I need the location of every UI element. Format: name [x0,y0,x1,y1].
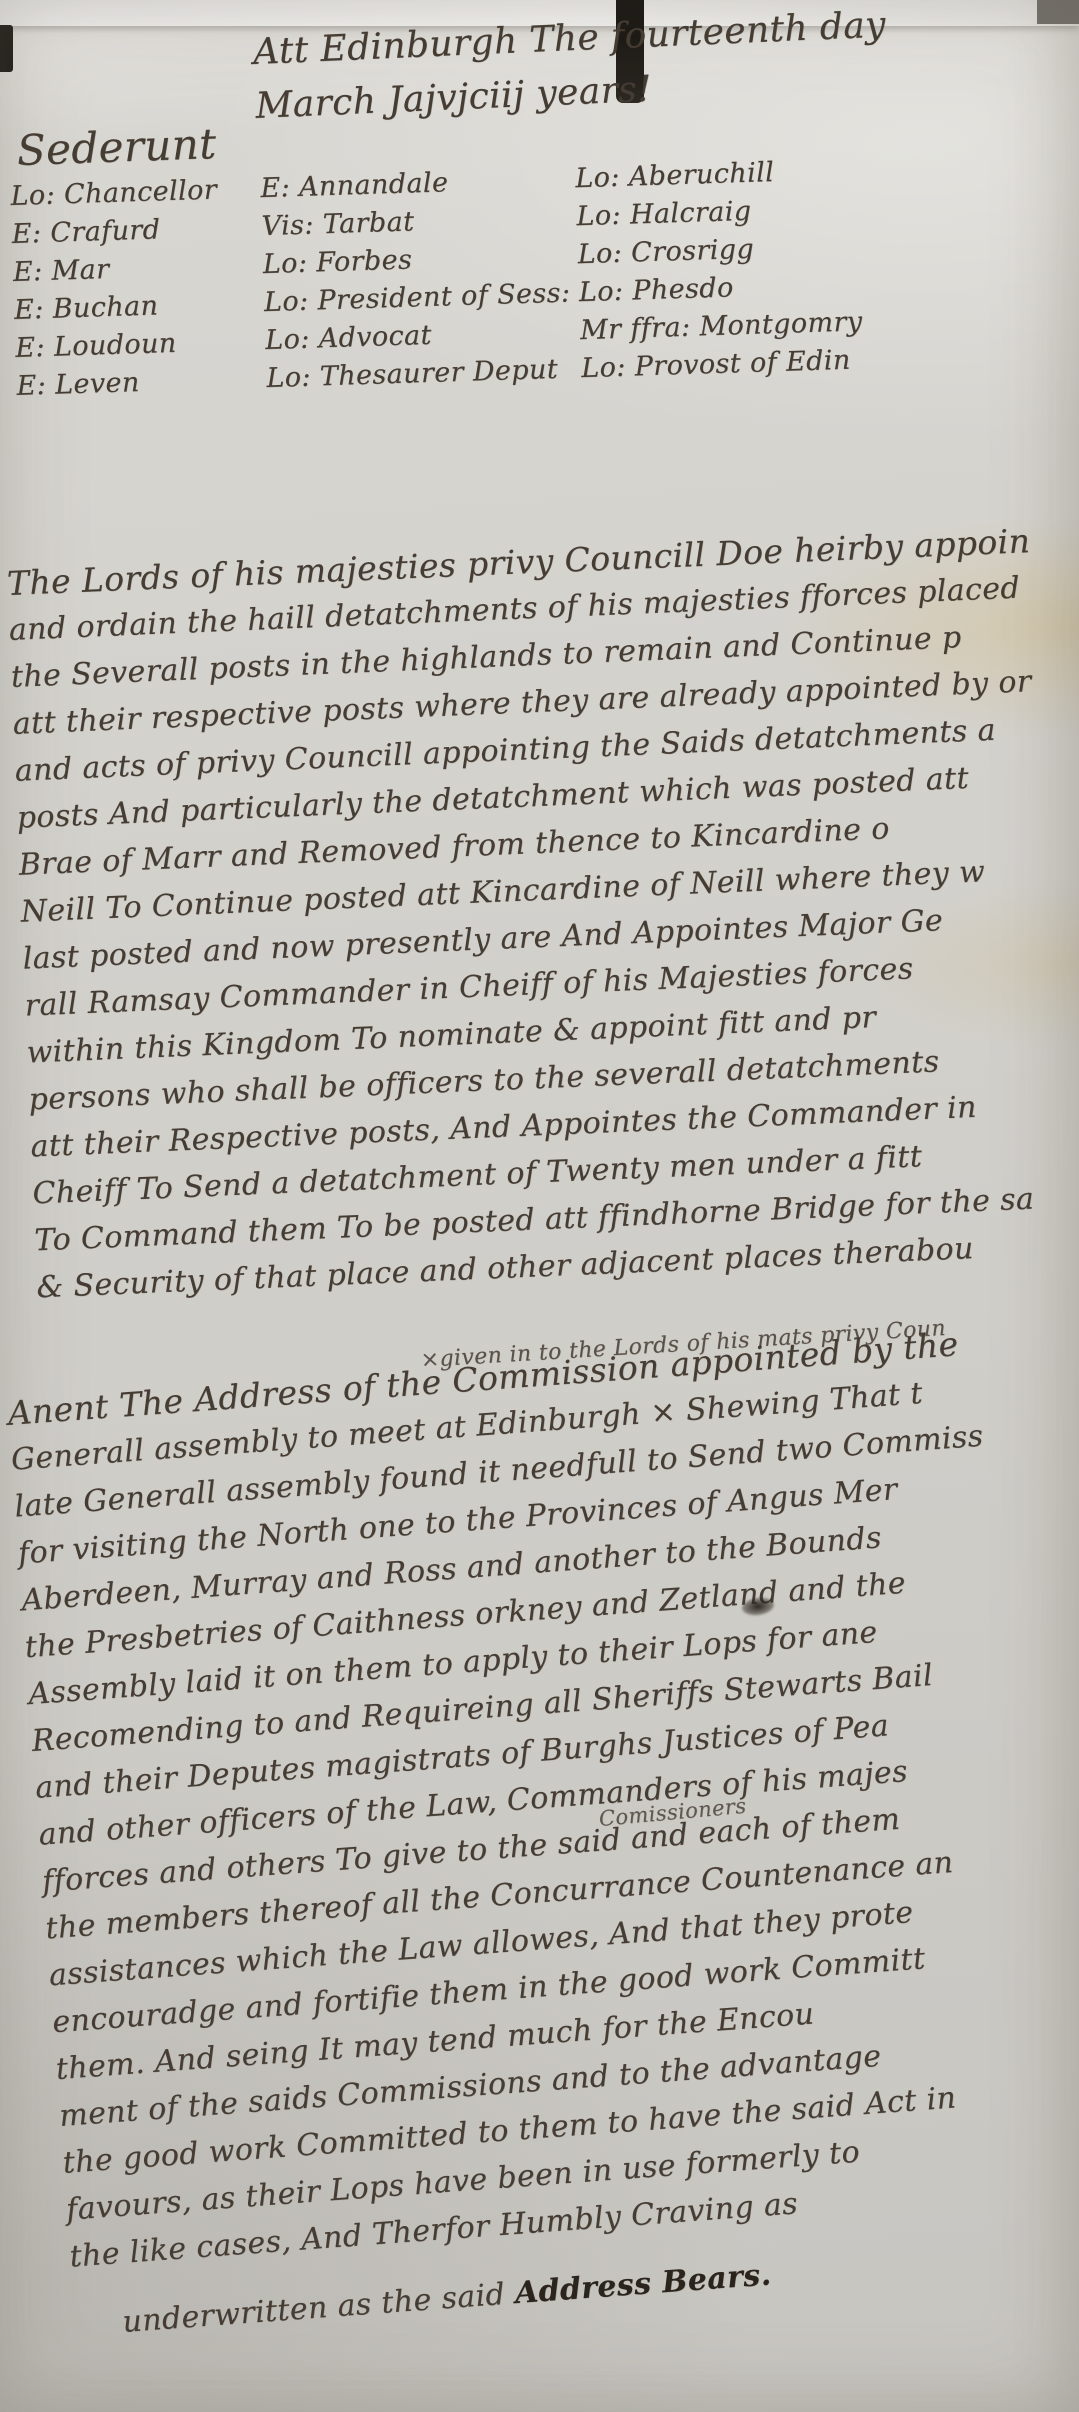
photo-artifact-left-edge [0,25,13,72]
photo-artifact-corner [1037,0,1079,24]
sederunt-title: Sederunt [16,119,217,175]
paragraph-anent-address-lines: Anent The Address of the Commission appo… [6,1302,1079,2280]
sederunt-column-3: Lo: AberuchillLo: HalcraigLo: CrosriggLo… [575,144,1079,388]
final-line-text: underwritten as the said [121,2276,516,2340]
manuscript-photo: Att Edinburgh The fourteenth day March J… [0,0,1079,2412]
sederunt-column-2: E: AnnandaleVis: TarbatLo: ForbesLo: Pre… [260,160,582,398]
paragraph-anent-address: Anent The Address of the Commission appo… [6,1302,1079,2349]
final-line-emphasis: Address Bears. [514,2257,773,2311]
paragraph-act-detachments: The Lords of his majesties privy Council… [6,510,1079,1312]
sederunt-list: Lo: ChancellorE: CrafurdE: MarE: BuchanE… [10,144,1079,405]
sederunt-column-1: Lo: ChancellorE: CrafurdE: MarE: BuchanE… [10,170,267,406]
sederunt-entry: E: Leven [16,360,267,406]
